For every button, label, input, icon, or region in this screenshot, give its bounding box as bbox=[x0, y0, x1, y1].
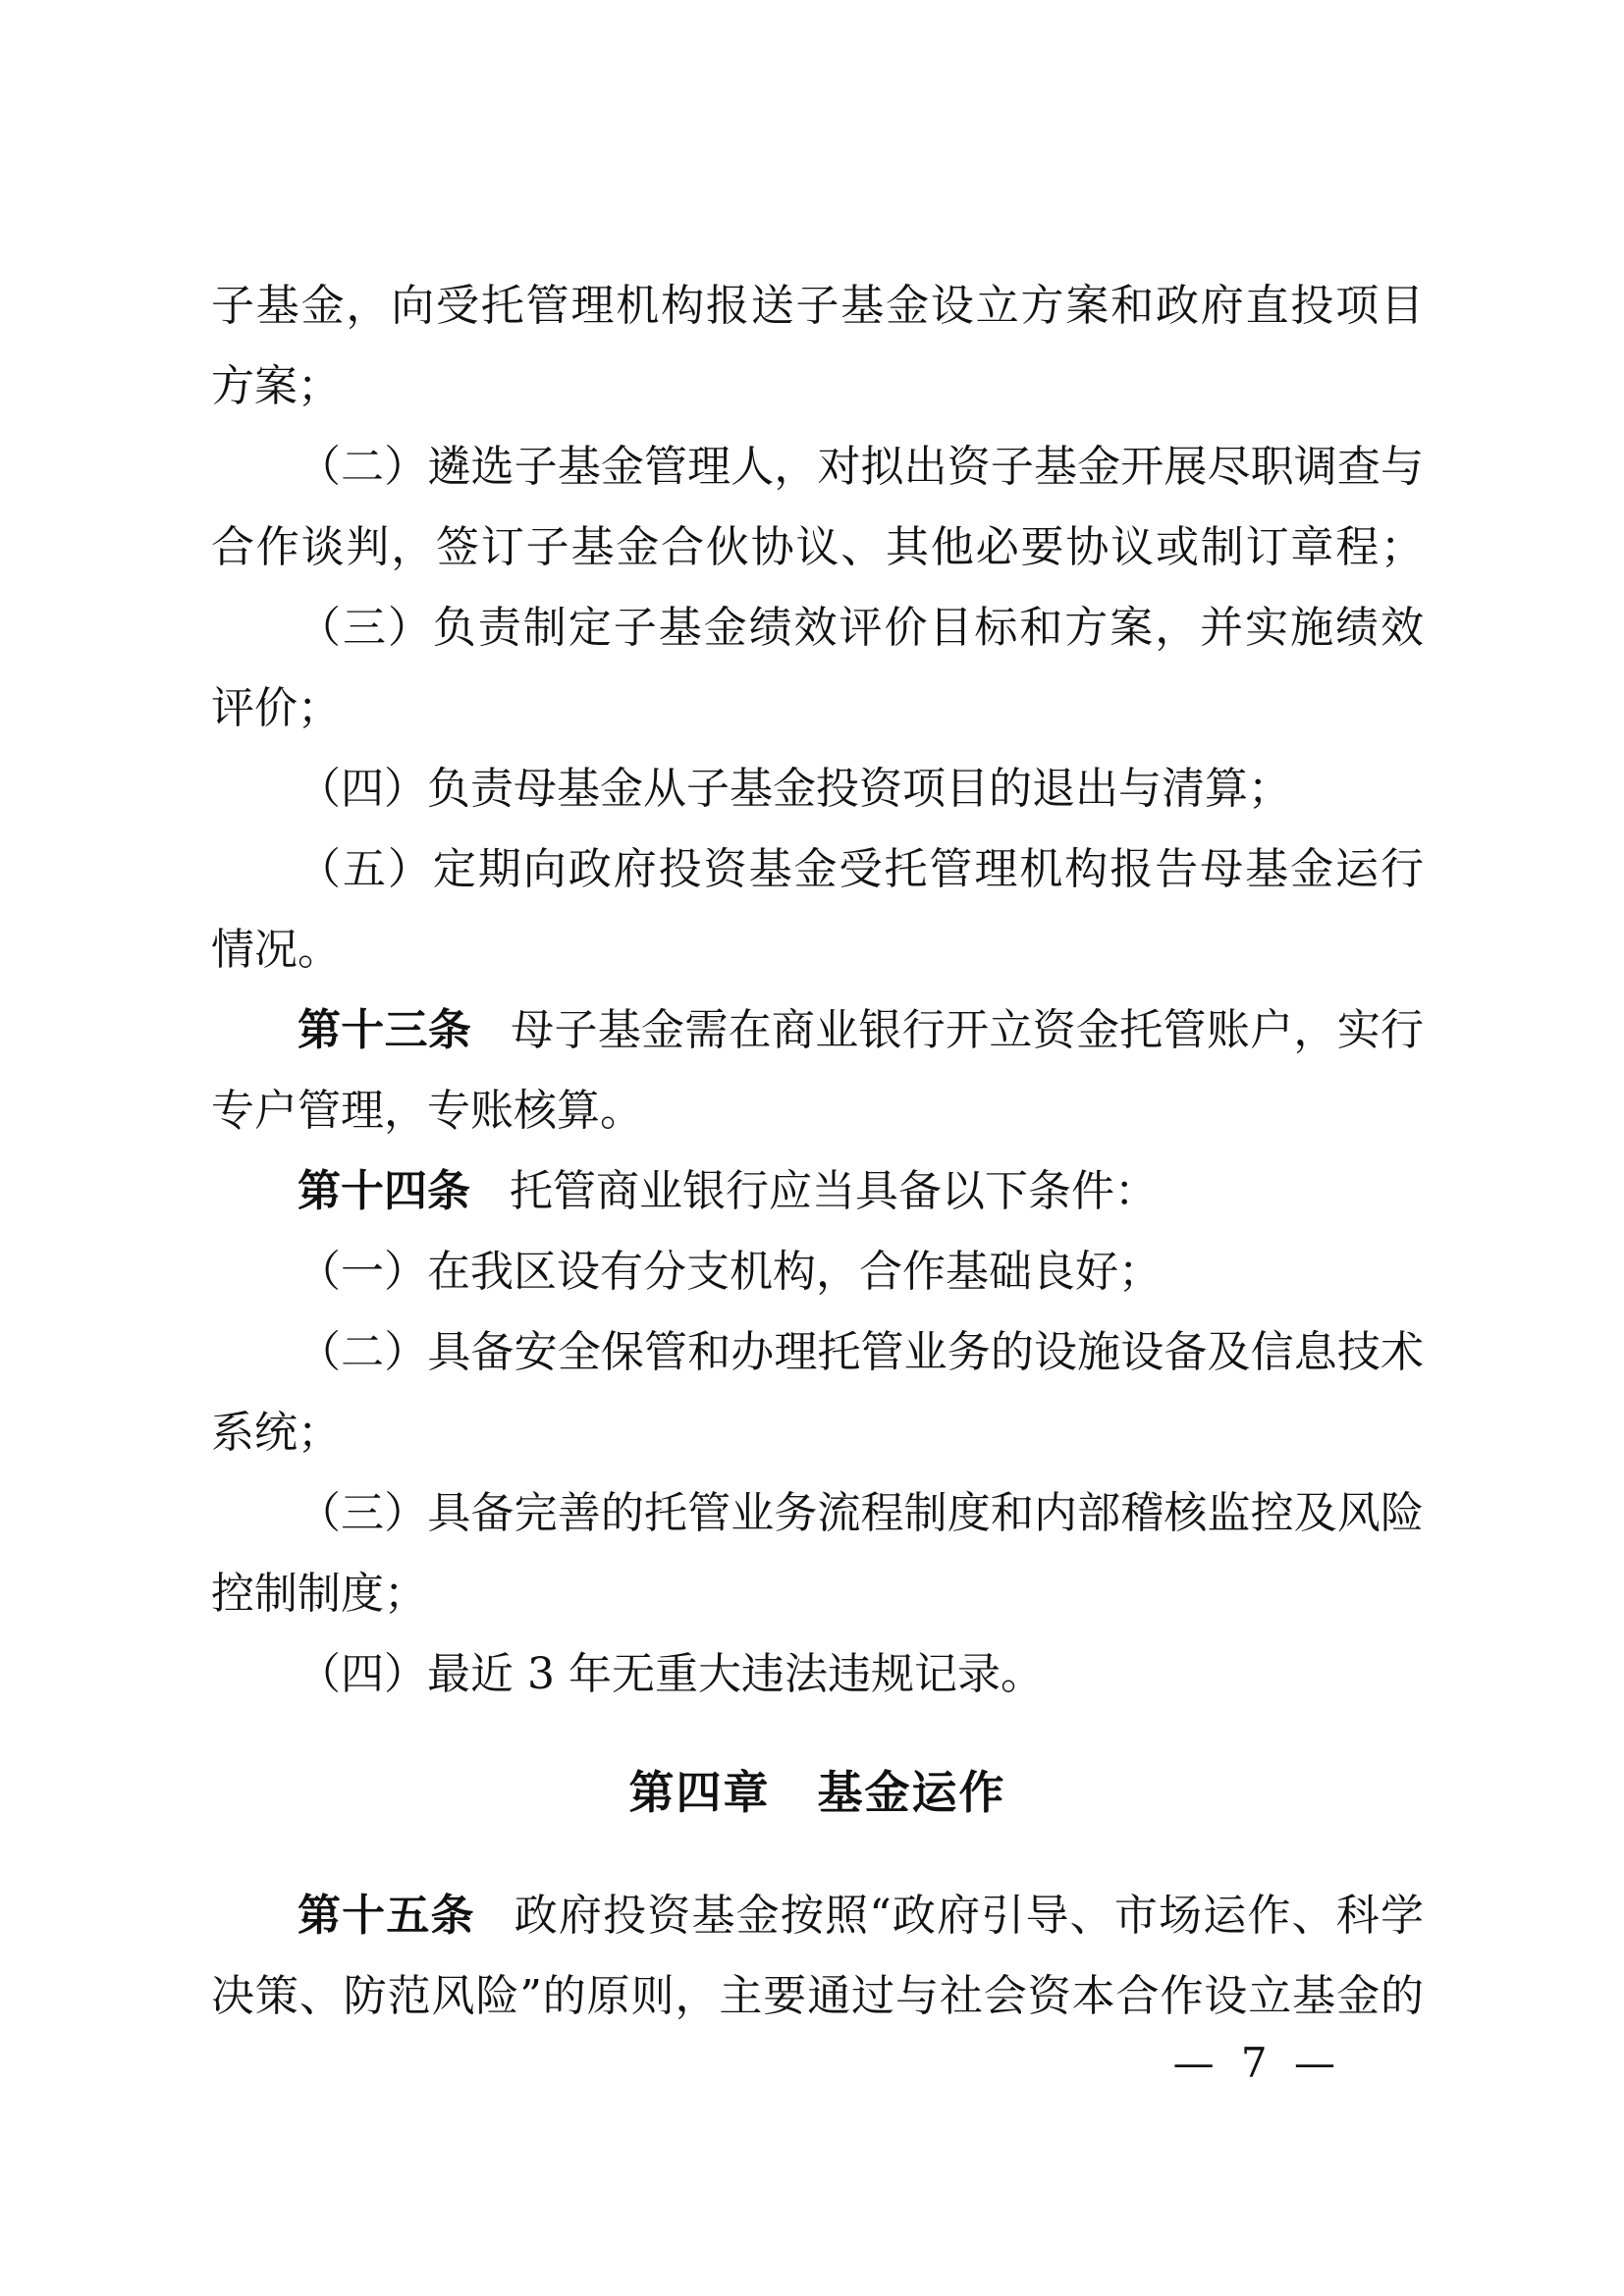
document-line: 评价； bbox=[211, 668, 1424, 749]
line-text: （四）最近 3 年无重大违法违规记录。 bbox=[298, 1649, 1044, 1699]
line-text: （一）在我区设有分支机构，合作基础良好； bbox=[298, 1247, 1162, 1297]
document-line: （二）遴选子基金管理人，对拟出资子基金开展尽职调查与 bbox=[211, 427, 1424, 507]
chapter-heading: 第四章 基金运作 bbox=[211, 1758, 1424, 1827]
page-number: — 7 — bbox=[1173, 2039, 1335, 2087]
document-line: （五）定期向政府投资基金受托管理机构报告母基金运行 bbox=[211, 829, 1424, 910]
line-text: （三）具备完善的托管业务流程制度和内部稽核监控及风险 bbox=[298, 1488, 1424, 1538]
line-text: （四）负责母基金从子基金投资项目的退出与清算； bbox=[298, 764, 1291, 814]
page-footer: — 7 — bbox=[1173, 2034, 1335, 2093]
document-line: （四）最近 3 年无重大违法违规记录。 bbox=[211, 1634, 1424, 1715]
line-text: 决策、防范风险”的原则，主要通过与社会资本合作设立基金的 bbox=[211, 1971, 1424, 2021]
document-page: 子基金，向受托管理机构报送子基金设立方案和政府直投项目方案；（二）遴选子基金管理… bbox=[0, 0, 1624, 2296]
line-text: 情况。 bbox=[211, 925, 341, 975]
document-line: 子基金，向受托管理机构报送子基金设立方案和政府直投项目 bbox=[211, 266, 1424, 347]
line-text: 母子基金需在商业银行开立资金托管账户，实行 bbox=[511, 1005, 1424, 1055]
line-text: （二）遴选子基金管理人，对拟出资子基金开展尽职调查与 bbox=[298, 442, 1424, 492]
document-line: （三）负责制定子基金绩效评价目标和方案，并实施绩效 bbox=[211, 588, 1424, 668]
line-text: 子基金，向受托管理机构报送子基金设立方案和政府直投项目 bbox=[211, 281, 1424, 331]
document-line: 决策、防范风险”的原则，主要通过与社会资本合作设立基金的 bbox=[211, 1956, 1424, 2037]
document-line: 方案； bbox=[211, 347, 1424, 427]
article-number-label: 第十四条 bbox=[298, 1166, 470, 1216]
line-text: 托管商业银行应当具备以下条件： bbox=[510, 1166, 1158, 1216]
line-text: 评价； bbox=[211, 683, 341, 733]
line-text: 系统； bbox=[211, 1408, 341, 1458]
line-text: 控制制度； bbox=[211, 1569, 427, 1619]
article-number-label: 第十三条 bbox=[298, 1005, 471, 1055]
document-line: （三）具备完善的托管业务流程制度和内部稽核监控及风险 bbox=[211, 1473, 1424, 1554]
document-line: 专户管理，专账核算。 bbox=[211, 1071, 1424, 1151]
document-line: （四）负责母基金从子基金投资项目的退出与清算； bbox=[211, 749, 1424, 829]
document-line: 情况。 bbox=[211, 910, 1424, 990]
document-body: 子基金，向受托管理机构报送子基金设立方案和政府直投项目方案；（二）遴选子基金管理… bbox=[211, 266, 1424, 2037]
article-number-label: 第十五条 bbox=[298, 1891, 475, 1941]
line-text: （二）具备安全保管和办理托管业务的设施设备及信息技术 bbox=[298, 1327, 1424, 1377]
document-line: 合作谈判，签订子基金合伙协议、其他必要协议或制订章程； bbox=[211, 507, 1424, 588]
document-line: 系统； bbox=[211, 1393, 1424, 1473]
line-text: （三）负责制定子基金绩效评价目标和方案，并实施绩效 bbox=[298, 603, 1424, 653]
document-line: 第十四条托管商业银行应当具备以下条件： bbox=[211, 1151, 1424, 1232]
line-text: 方案； bbox=[211, 361, 341, 411]
document-line: 控制制度； bbox=[211, 1554, 1424, 1634]
document-line: 第十五条政府投资基金按照“政府引导、市场运作、科学 bbox=[211, 1876, 1424, 1956]
line-text: 政府投资基金按照“政府引导、市场运作、科学 bbox=[514, 1891, 1424, 1941]
line-text: 合作谈判，签订子基金合伙协议、其他必要协议或制订章程； bbox=[211, 522, 1424, 572]
document-line: （一）在我区设有分支机构，合作基础良好； bbox=[211, 1232, 1424, 1312]
line-text: （五）定期向政府投资基金受托管理机构报告母基金运行 bbox=[298, 844, 1424, 894]
line-text: 专户管理，专账核算。 bbox=[211, 1086, 643, 1136]
document-line: 第十三条母子基金需在商业银行开立资金托管账户，实行 bbox=[211, 990, 1424, 1071]
document-line: （二）具备安全保管和办理托管业务的设施设备及信息技术 bbox=[211, 1312, 1424, 1393]
